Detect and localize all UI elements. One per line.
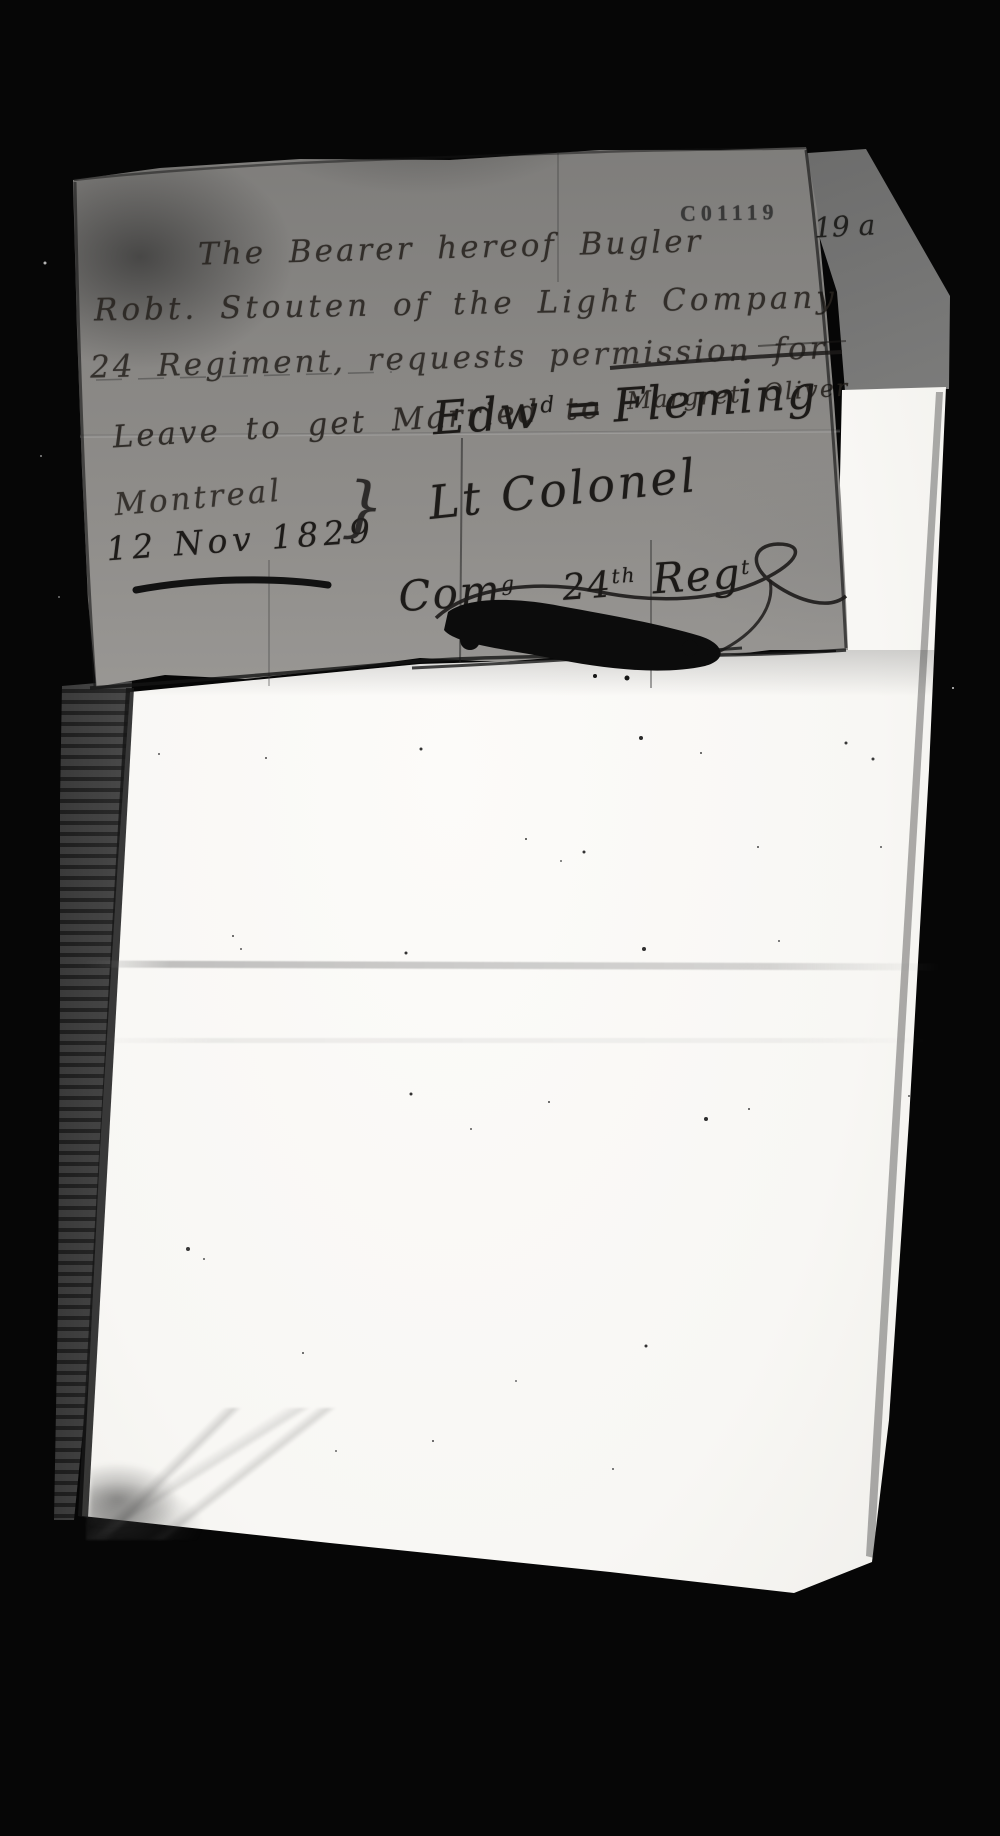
commanding-word: Com bbox=[397, 565, 503, 621]
page-crease-band-faint bbox=[84, 1038, 932, 1043]
signature-forename: Edw bbox=[431, 384, 543, 445]
regiment-number: 24 bbox=[561, 564, 614, 608]
regiment-word: Reg bbox=[651, 548, 744, 603]
signature-superscript: d bbox=[539, 392, 557, 418]
regiment-word-superscript: t bbox=[740, 555, 752, 580]
bright-dust-specks bbox=[0, 0, 2, 2]
regiment-number-superscript: th bbox=[611, 563, 638, 589]
commanding-superscript: g bbox=[500, 571, 517, 596]
curly-brace: } bbox=[341, 467, 386, 545]
microfilm-scan: C01119 19 a The Bearer hereof Bugler Rob… bbox=[0, 0, 1000, 1836]
note-fold-crease-vertical-3 bbox=[268, 560, 270, 686]
page-smudge-dark bbox=[90, 1462, 180, 1524]
folio-number: 19 a bbox=[813, 208, 876, 244]
signature-link-mark: = bbox=[563, 379, 607, 436]
